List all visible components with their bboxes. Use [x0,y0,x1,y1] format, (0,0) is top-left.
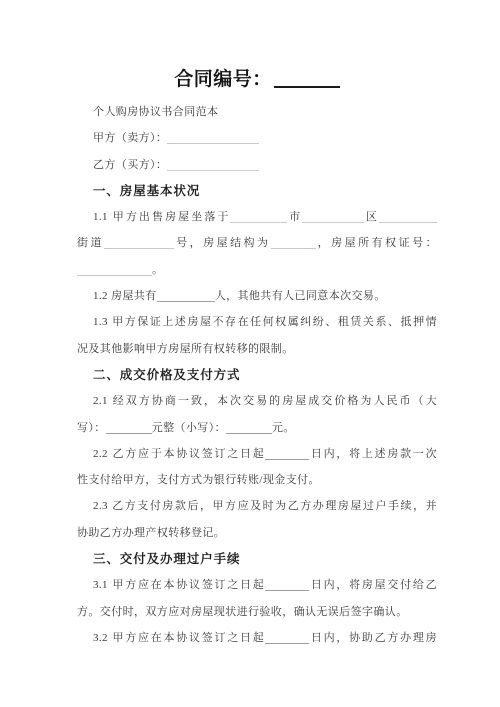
document-line: 1.3 甲方保证上述房屋不存在任何权属纠纷、租赁关系、抵押情 [77,309,437,335]
document-line: 2.1 经双方协商一致，本次交易的房屋成交价格为人民币（大 [77,388,437,414]
text-run: 元。 [272,422,295,434]
document-line: 。 [77,257,437,283]
blank-underline [226,424,272,434]
text-run: 方。交付时，双方应对房屋现状进行验收，确认无误后签字确认。 [77,606,408,618]
text-run: 3.1 甲方应在本协议签订之日起 [93,579,265,591]
text-run: 2.1 经双方协商一致，本次交易的房屋成交价格为人民币（大 [93,395,437,407]
document-content: 合同编号： 个人购房协议书合同范本甲方（卖方）：乙方（买方）：一、房屋基本状况1… [77,60,437,651]
document-page: 合同编号： 个人购房协议书合同范本甲方（卖方）：乙方（买方）：一、房屋基本状况1… [0,0,500,707]
blank-underline [302,213,364,223]
document-line: 个人购房协议书合同范本 [77,99,437,125]
text-run: 写）： [77,422,106,434]
blank-underline [77,266,152,276]
document-line: 乙方（买方）： [77,152,437,178]
text-run: 2.2 乙方应于本协议签订之日起 [93,448,265,460]
text-run: 二、成交价格及支付方式 [93,368,240,382]
text-run: 况及其他影响甲方房屋所有权转移的限制。 [77,343,294,355]
text-run: 甲方（卖方）： [93,132,167,144]
document-line: 3.2 甲方应在本协议签订之日起日内，协助乙方办理房 [77,625,437,651]
blank-underline [265,581,309,591]
document-line: 性支付给甲方，支付方式为银行转账/现金支付。 [77,467,437,493]
blank-underline [106,424,152,434]
blank-underline [167,161,259,171]
blank-underline [379,213,437,223]
blank-underline [167,134,259,144]
blank-underline [157,292,215,302]
text-run: 1.3 甲方保证上述房屋不存在任何权属纠纷、租赁关系、抵押情 [93,316,437,328]
text-run: ，房屋所有权证号： [316,237,437,249]
blank-underline [265,634,309,644]
text-run: 号，房屋结构为 [174,237,271,249]
text-run: 街道 [77,237,104,249]
document-line: 方。交付时，双方应对房屋现状进行验收，确认无误后签字确认。 [77,599,437,625]
section-heading: 三、交付及办理过户手续 [77,546,437,572]
document-line: 甲方（卖方）： [77,125,437,151]
text-run: 乙方（买方）： [93,159,167,171]
text-run: 区 [364,211,379,223]
document-line: 写）：元整（小写）：元。 [77,415,437,441]
text-run: 日内，将上述房款一次 [309,448,437,460]
text-run: 个人购房协议书合同范本 [93,106,218,118]
blank-underline [104,239,174,249]
text-run: 。 [152,264,163,276]
text-run: 日内，协助乙方办理房 [309,632,437,644]
contract-number-blank-underline [274,75,340,88]
text-run: 三、交付及办理过户手续 [93,552,240,566]
text-run: 1.1 甲方出售房屋坐落于 [93,211,230,223]
blank-underline [230,213,287,223]
document-lines: 个人购房协议书合同范本甲方（卖方）：乙方（买方）：一、房屋基本状况1.1 甲方出… [77,99,437,651]
text-run: 1.2 房屋共有 [93,290,157,302]
document-line: 协助乙方办理产权转移登记。 [77,520,437,546]
document-line: 2.2 乙方应于本协议签订之日起日内，将上述房款一次 [77,441,437,467]
section-heading: 二、成交价格及支付方式 [77,362,437,388]
text-run: 2.3 乙方支付房款后，甲方应及时为乙方办理房屋过户手续，并 [93,500,437,512]
text-run: 3.2 甲方应在本协议签订之日起 [93,632,265,644]
blank-underline [265,450,309,460]
document-line: 1.2 房屋共有人，其他共有人已同意本次交易。 [77,283,437,309]
text-run: 日内，将房屋交付给乙 [309,579,437,591]
document-line: 况及其他影响甲方房屋所有权转移的限制。 [77,336,437,362]
document-line: 街道号，房屋结构为，房屋所有权证号： [77,230,437,256]
contract-number-label: 合同编号： [174,69,272,90]
blank-underline [271,239,316,249]
text-run: 人，其他共有人已同意本次交易。 [215,290,386,302]
contract-number-heading: 合同编号： [77,60,437,99]
document-line: 3.1 甲方应在本协议签订之日起日内，将房屋交付给乙 [77,572,437,598]
text-run: 性支付给甲方，支付方式为银行转账/现金支付。 [77,474,320,486]
section-heading: 一、房屋基本状况 [77,178,437,204]
document-line: 1.1 甲方出售房屋坐落于市区 [77,204,437,230]
text-run: 元整（小写）： [152,422,226,434]
text-run: 市 [287,211,302,223]
text-run: 协助乙方办理产权转移登记。 [77,527,225,539]
text-run: 一、房屋基本状况 [93,184,200,198]
document-line: 2.3 乙方支付房款后，甲方应及时为乙方办理房屋过户手续，并 [77,493,437,519]
